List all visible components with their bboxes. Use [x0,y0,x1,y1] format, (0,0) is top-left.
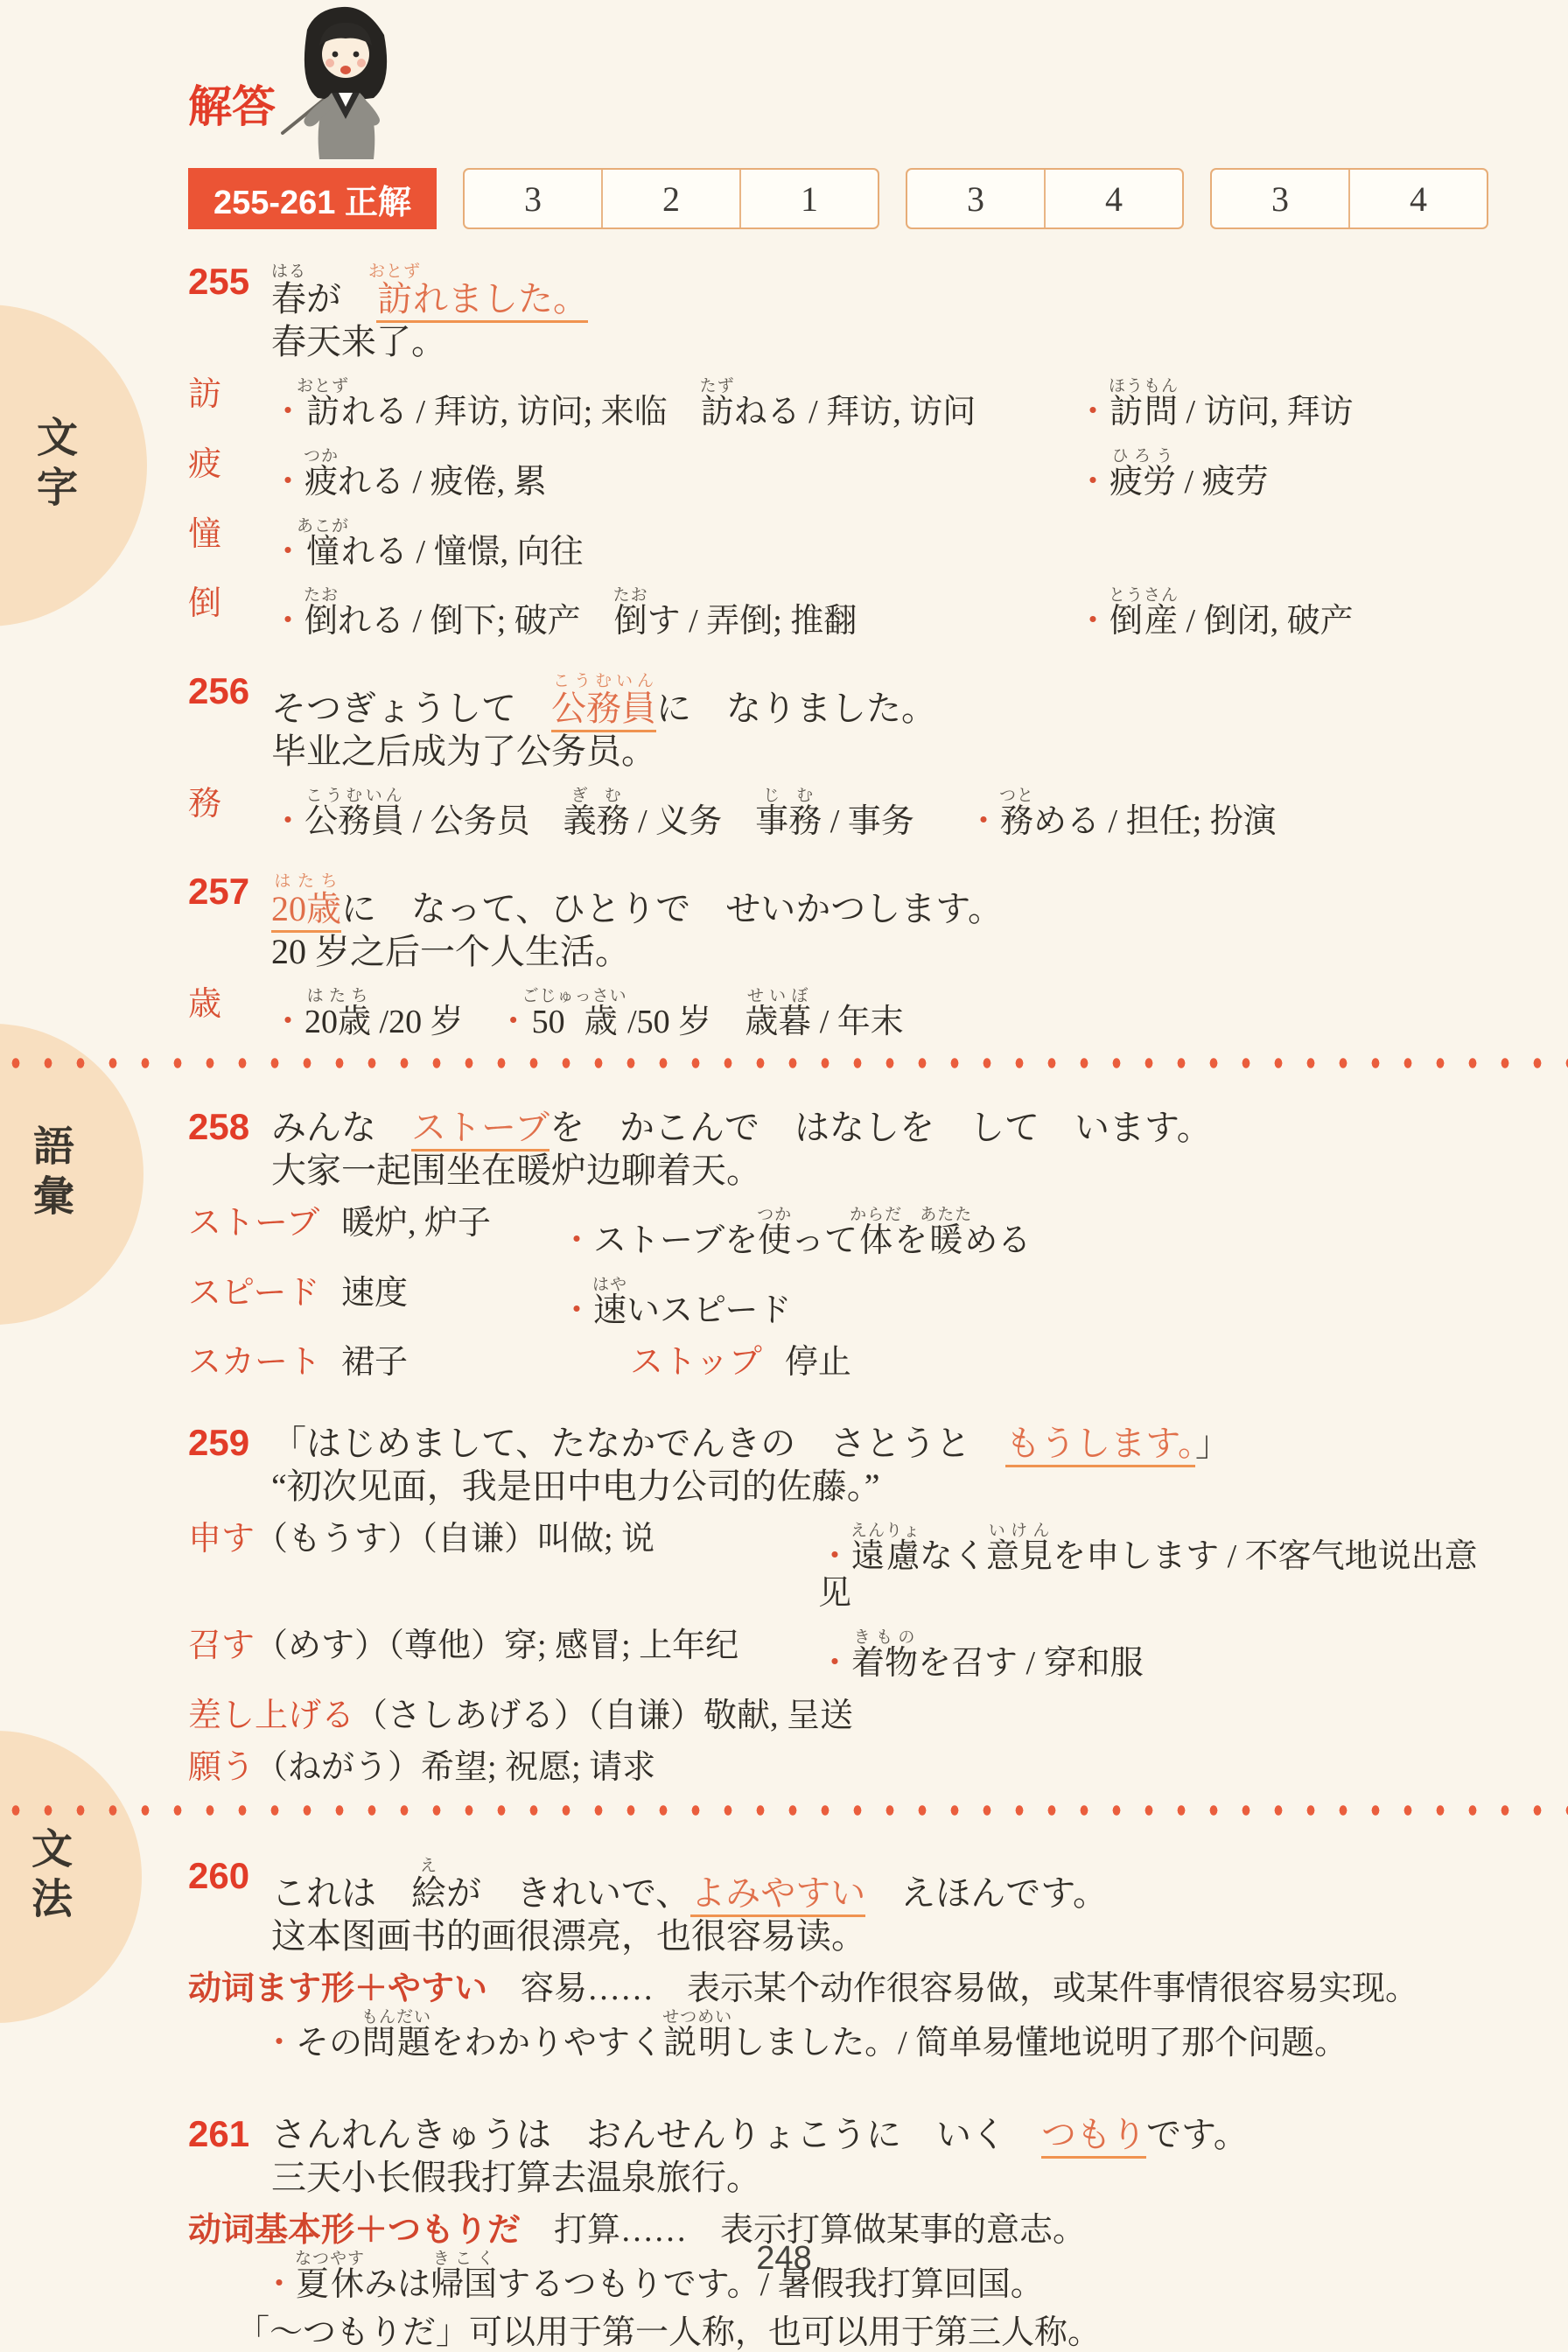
vocab-headword: ストップ [630,1345,762,1382]
sentence-text: 「はじめまして、たなかでんきの さとうと もうします。」 [271,1424,1230,1464]
vocab-row: 召す（めす）（尊他）穿; 感冒; 上年纪 ・着物きものを召す / 穿和服 [188,1613,1491,1683]
vocab-entry: 申す（もうす）（自谦）叫做; 说 [188,1522,818,1613]
vocab-row: ストーブ 暖炉, 炉子 ・ストーブを使つかって体からだを暖あたためる [188,1190,1491,1260]
vocab-row: 差し上げる（さしあげる）（自谦）敬献, 呈送 [188,1683,1491,1735]
vocab-row: 願う（ねがう）希望; 祝愿; 请求 [188,1734,1491,1787]
sentence-text: これは 絵えが きれいで、よみやすい えほんです。 [271,1857,1108,1914]
vocab-entry: 願う（ねがう）希望; 祝愿; 请求 [188,1750,1413,1787]
vocab-meaning: 速度 [341,1276,560,1330]
answer-group-1: 3 2 1 [463,168,879,229]
vocab-row: スピード 速度 ・速はやいスピード [188,1260,1491,1330]
question-259-sentence: 259 「はじめまして、たなかでんきの さとうと もうします。」 [188,1403,1491,1464]
page-header: 解答 [188,0,1491,166]
vocab-row: 歳 ・20歳はたち /20 岁 ・50歳ごじゅっさい /50 岁 歳暮せいぼ /… [188,971,1491,1041]
question-258-sentence: 258 みんな ストーブを かこんで はなしを して います。 [188,1087,1491,1148]
vocab-meaning: 暖炉, 炉子 [341,1206,560,1260]
sentence-text: そつぎょうして 公務員こうむいんに なりました。 [271,672,936,729]
question-256-translation: 毕业之后成为了公务员。 [271,732,1491,771]
question-number: 259 [188,1424,271,1464]
vocab-entry: ・訪おとずれる / 拜访, 访问; 来临 訪たずねる / 拜访, 访问 [271,377,1076,431]
question-255-translation: 春天来了。 [271,323,1491,361]
vocab-row: 申す（もうす）（自谦）叫做; 说 ・遠慮えんりょなく意見いけんを申します / 不… [188,1506,1491,1613]
answer-cell: 4 [1348,170,1487,227]
answer-group-2: 3 4 [906,168,1184,229]
question-number: 255 [188,262,271,319]
question-258: 258 みんな ストーブを かこんで はなしを して います。 大家一起围坐在暖… [188,1087,1491,1382]
question-258-translation: 大家一起围坐在暖炉边聊着天。 [271,1151,1491,1190]
sentence-text: 20歳はたちに なって、ひとりで せいかつします。 [271,872,1003,929]
question-261: 261 さんれんきゅうは おんせんりょこうに いく つもりです。 三天小长假我打… [188,2094,1491,2352]
teacher-girl-illustration [276,0,416,166]
dotted-divider [0,1053,1568,1073]
textbook-page: 文字 語彙 文法 解答 [0,0,1568,2352]
vocab-row: スカート 裙子 ストップ 停止 [188,1329,1491,1382]
answer-cell: 2 [601,170,739,227]
page-number: 248 [0,2240,1568,2278]
question-260-translation: 这本图画书的画很漂亮，也很容易读。 [271,1917,1491,1956]
vocab-entry-right: ・倒産とうさん / 倒闭, 破产 [1076,586,1491,640]
grammar-example: ・その問題もんだいをわかりやすく説明せつめいしました。/ 简单易懂地说明了那个问… [262,2008,1491,2062]
question-260-sentence: 260 これは 絵えが きれいで、よみやすい えほんです。 [188,1836,1491,1914]
question-256-sentence: 256 そつぎょうして 公務員こうむいんに なりました。 [188,651,1491,729]
vocab-entry: ・公務員こうむいん / 公务员 義務ぎむ / 义务 事務じむ / 事务 [271,787,967,841]
vocab-headword: スピード [188,1276,341,1330]
answer-cell: 3 [1212,170,1348,227]
question-number: 261 [188,2115,271,2155]
page-content: 解答 [0,0,1568,2352]
question-257: 257 20歳はたちに なって、ひとりで せいかつします。 20 岁之后一个人生… [188,851,1491,1041]
vocab-meaning: 裙子 [341,1345,560,1382]
question-number: 256 [188,672,271,729]
vocab-entry: 召す（めす）（尊他）穿; 感冒; 上年纪 [188,1628,818,1683]
vocab-entry: 差し上げる（さしあげる）（自谦）敬献, 呈送 [188,1698,1413,1735]
vocab-row: 疲 ・疲つかれる / 疲倦, 累 ・疲労ひろう / 疲劳 [188,431,1491,501]
dotted-divider [0,1801,1568,1820]
vocab-entry: ・疲つかれる / 疲倦, 累 [271,447,1076,501]
answer-cell: 4 [1044,170,1182,227]
answer-bar: 255-261 正解 3 2 1 3 4 3 4 [188,168,1491,229]
question-number: 258 [188,1108,271,1148]
vocab-entry-right: ・疲労ひろう / 疲劳 [1076,447,1491,501]
vocab-entry-right [1076,517,1491,571]
question-259: 259 「はじめまして、たなかでんきの さとうと もうします。」 “初次见面，我… [188,1403,1491,1787]
vocab-headword: 憧 [188,517,271,571]
answer-cell: 1 [739,170,878,227]
answer-cell: 3 [907,170,1044,227]
question-number: 257 [188,872,271,929]
grammar-pattern: 动词ます形＋やすい 容易…… 表示某个动作很容易做，或某件事情很容易实现。 [188,1956,1491,2008]
vocab-headword: 倒 [188,586,271,640]
vocab-headword: 疲 [188,447,271,501]
sentence-text: みんな ストーブを かこんで はなしを して います。 [271,1108,1212,1148]
vocab-row: 憧 ・憧あこがれる / 憧憬, 向往 [188,501,1491,571]
question-number: 260 [188,1857,271,1914]
vocab-headword: 訪 [188,377,271,431]
question-259-translation: “初次见面，我是田中电力公司的佐藤。” [271,1467,1491,1506]
answer-bar-label: 255-261 正解 [188,168,437,229]
vocab-meaning: 停止 [785,1345,851,1382]
vocab-example: ・速はやいスピード [560,1276,1491,1330]
vocab-entry: ・憧あこがれる / 憧憬, 向往 [271,517,1076,571]
question-255-sentence: 255 春はるが 訪おとずれました。 [188,241,1491,319]
vocab-headword: スカート [188,1345,341,1382]
sentence-text: 春はるが 訪おとずれました。 [271,262,588,319]
vocab-headword: ストーブ [188,1206,341,1260]
question-260: 260 これは 絵えが きれいで、よみやすい えほんです。 这本图画书的画很漂亮… [188,1836,1491,2062]
question-256: 256 そつぎょうして 公務員こうむいんに なりました。 毕业之后成为了公务员。… [188,651,1491,841]
question-261-translation: 三天小长假我打算去温泉旅行。 [271,2159,1491,2197]
grammar-note: 「～つもりだ」可以用于第一人称，也可以用于第三人称。 [236,2303,1491,2352]
vocab-row: 訪 ・訪おとずれる / 拜访, 访问; 来临 訪たずねる / 拜访, 访问 ・訪… [188,361,1491,431]
answer-cell: 3 [465,170,601,227]
vocab-entry: ・20歳はたち /20 岁 ・50歳ごじゅっさい /50 岁 歳暮せいぼ / 年… [271,987,1496,1041]
vocab-row: 倒 ・倒たおれる / 倒下; 破产 倒たおす / 弄倒; 推翻 ・倒産とうさん … [188,570,1491,640]
sentence-text: さんれんきゅうは おんせんりょこうに いく つもりです。 [271,2115,1249,2155]
vocab-entry-right: ・着物きものを召す / 穿和服 [818,1628,1491,1683]
answer-group-3: 3 4 [1210,168,1488,229]
vocab-row: 務 ・公務員こうむいん / 公务员 義務ぎむ / 义务 事務じむ / 事务 ・務… [188,771,1491,841]
question-255: 255 春はるが 訪おとずれました。 春天来了。 訪 ・訪おとずれる / 拜访,… [188,241,1491,640]
teacher-girl-icon [276,0,416,162]
vocab-entry: ・倒たおれる / 倒下; 破产 倒たおす / 弄倒; 推翻 [271,586,1076,640]
answers-heading: 解答 [188,72,276,135]
question-257-translation: 20 岁之后一个人生活。 [271,933,1491,971]
question-257-sentence: 257 20歳はたちに なって、ひとりで せいかつします。 [188,851,1491,929]
vocab-entry-right: ・遠慮えんりょなく意見いけんを申します / 不客气地说出意见 [818,1522,1491,1613]
vocab-example: ・ストーブを使つかって体からだを暖あたためる [560,1206,1491,1260]
question-261-sentence: 261 さんれんきゅうは おんせんりょこうに いく つもりです。 [188,2094,1491,2155]
vocab-headword: 務 [188,787,271,841]
vocab-entry-right: ・訪問ほうもん / 访问, 拜访 [1076,377,1491,431]
vocab-headword: 歳 [188,987,271,1041]
vocab-entry-right: ・務つとめる / 担任; 扮演 [967,787,1491,841]
